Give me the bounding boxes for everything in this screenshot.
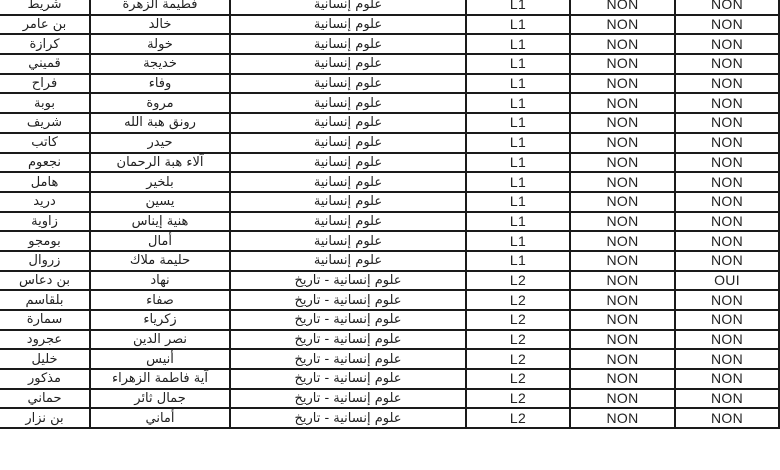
status-b-cell: NON	[675, 251, 779, 271]
student-table: شريط فطيمة الزهرة علوم إنسانية L1 NON NO…	[0, 0, 780, 429]
first-name-cell: آلاء هبة الرحمان	[90, 153, 230, 173]
last-name-cell: شريط	[0, 0, 90, 15]
level-cell: L2	[466, 389, 570, 409]
status-b-cell: NON	[675, 172, 779, 192]
specialty-cell: علوم إنسانية - تاريخ	[230, 330, 466, 350]
status-b-cell: OUI	[675, 271, 779, 291]
status-b-cell: NON	[675, 231, 779, 251]
status-b-cell: NON	[675, 389, 779, 409]
level-cell: L2	[466, 290, 570, 310]
status-a-cell: NON	[570, 15, 675, 35]
level-cell: L2	[466, 369, 570, 389]
specialty-cell: علوم إنسانية	[230, 113, 466, 133]
status-a-cell: NON	[570, 133, 675, 153]
first-name-cell: خالد	[90, 15, 230, 35]
status-a-cell: NON	[570, 192, 675, 212]
first-name-cell: مروة	[90, 93, 230, 113]
level-cell: L1	[466, 34, 570, 54]
last-name-cell: دريد	[0, 192, 90, 212]
first-name-cell: جمال ثائر	[90, 389, 230, 409]
status-a-cell: NON	[570, 389, 675, 409]
table-row: زروال حليمة ملاك علوم إنسانية L1 NON NON	[0, 251, 779, 271]
first-name-cell: خولة	[90, 34, 230, 54]
first-name-cell: صفاء	[90, 290, 230, 310]
last-name-cell: بن دعاس	[0, 271, 90, 291]
table-row: مذكور آية فاطمة الزهراء علوم إنسانية - ت…	[0, 369, 779, 389]
specialty-cell: علوم إنسانية - تاريخ	[230, 349, 466, 369]
table-row: فراح وفاء علوم إنسانية L1 NON NON	[0, 74, 779, 94]
status-a-cell: NON	[570, 310, 675, 330]
status-a-cell: NON	[570, 330, 675, 350]
specialty-cell: علوم إنسانية - تاريخ	[230, 389, 466, 409]
status-a-cell: NON	[570, 271, 675, 291]
last-name-cell: سمارة	[0, 310, 90, 330]
specialty-cell: علوم إنسانية - تاريخ	[230, 369, 466, 389]
specialty-cell: علوم إنسانية - تاريخ	[230, 408, 466, 428]
level-cell: L1	[466, 212, 570, 232]
table-row: بوبة مروة علوم إنسانية L1 NON NON	[0, 93, 779, 113]
status-a-cell: NON	[570, 290, 675, 310]
last-name-cell: بلقاسم	[0, 290, 90, 310]
status-a-cell: NON	[570, 172, 675, 192]
first-name-cell: أنيس	[90, 349, 230, 369]
specialty-cell: علوم إنسانية	[230, 0, 466, 15]
last-name-cell: مذكور	[0, 369, 90, 389]
specialty-cell: علوم إنسانية	[230, 212, 466, 232]
level-cell: L1	[466, 74, 570, 94]
table-row: كرازة خولة علوم إنسانية L1 NON NON	[0, 34, 779, 54]
status-a-cell: NON	[570, 349, 675, 369]
status-a-cell: NON	[570, 153, 675, 173]
document-viewport: شريط فطيمة الزهرة علوم إنسانية L1 NON NO…	[0, 0, 780, 470]
status-b-cell: NON	[675, 212, 779, 232]
level-cell: L1	[466, 172, 570, 192]
status-b-cell: NON	[675, 133, 779, 153]
level-cell: L1	[466, 251, 570, 271]
first-name-cell: هنية إيناس	[90, 212, 230, 232]
last-name-cell: بوبة	[0, 93, 90, 113]
table-row: بلقاسم صفاء علوم إنسانية - تاريخ L2 NON …	[0, 290, 779, 310]
last-name-cell: بن عامر	[0, 15, 90, 35]
status-a-cell: NON	[570, 251, 675, 271]
status-b-cell: NON	[675, 290, 779, 310]
level-cell: L1	[466, 15, 570, 35]
first-name-cell: وفاء	[90, 74, 230, 94]
last-name-cell: نجعوم	[0, 153, 90, 173]
specialty-cell: علوم إنسانية	[230, 231, 466, 251]
specialty-cell: علوم إنسانية	[230, 172, 466, 192]
status-a-cell: NON	[570, 231, 675, 251]
status-b-cell: NON	[675, 54, 779, 74]
first-name-cell: حليمة ملاك	[90, 251, 230, 271]
first-name-cell: زكرياء	[90, 310, 230, 330]
table-row: بن عامر خالد علوم إنسانية L1 NON NON	[0, 15, 779, 35]
specialty-cell: علوم إنسانية	[230, 93, 466, 113]
table-row: خليل أنيس علوم إنسانية - تاريخ L2 NON NO…	[0, 349, 779, 369]
last-name-cell: قميني	[0, 54, 90, 74]
level-cell: L1	[466, 54, 570, 74]
level-cell: L1	[466, 192, 570, 212]
specialty-cell: علوم إنسانية	[230, 251, 466, 271]
status-b-cell: NON	[675, 408, 779, 428]
status-b-cell: NON	[675, 93, 779, 113]
specialty-cell: علوم إنسانية	[230, 34, 466, 54]
first-name-cell: أمال	[90, 231, 230, 251]
table-row: سمارة زكرياء علوم إنسانية - تاريخ L2 NON…	[0, 310, 779, 330]
last-name-cell: بومجو	[0, 231, 90, 251]
specialty-cell: علوم إنسانية	[230, 153, 466, 173]
status-a-cell: NON	[570, 212, 675, 232]
status-b-cell: NON	[675, 113, 779, 133]
last-name-cell: كرازة	[0, 34, 90, 54]
status-a-cell: NON	[570, 0, 675, 15]
table-row: بومجو أمال علوم إنسانية L1 NON NON	[0, 231, 779, 251]
level-cell: L2	[466, 330, 570, 350]
level-cell: L2	[466, 310, 570, 330]
status-b-cell: NON	[675, 0, 779, 15]
status-b-cell: NON	[675, 330, 779, 350]
level-cell: L1	[466, 133, 570, 153]
level-cell: L2	[466, 408, 570, 428]
last-name-cell: زاوية	[0, 212, 90, 232]
table-row: قميني خديجة علوم إنسانية L1 NON NON	[0, 54, 779, 74]
first-name-cell: رونق هبة الله	[90, 113, 230, 133]
status-a-cell: NON	[570, 93, 675, 113]
last-name-cell: فراح	[0, 74, 90, 94]
status-a-cell: NON	[570, 74, 675, 94]
last-name-cell: هامل	[0, 172, 90, 192]
first-name-cell: حيدر	[90, 133, 230, 153]
status-a-cell: NON	[570, 113, 675, 133]
first-name-cell: فطيمة الزهرة	[90, 0, 230, 15]
table-row: هامل بلخير علوم إنسانية L1 NON NON	[0, 172, 779, 192]
table-body: شريط فطيمة الزهرة علوم إنسانية L1 NON NO…	[0, 0, 779, 428]
status-b-cell: NON	[675, 349, 779, 369]
specialty-cell: علوم إنسانية - تاريخ	[230, 271, 466, 291]
table-row: شريط فطيمة الزهرة علوم إنسانية L1 NON NO…	[0, 0, 779, 15]
last-name-cell: بن نزار	[0, 408, 90, 428]
table-row: نجعوم آلاء هبة الرحمان علوم إنسانية L1 N…	[0, 153, 779, 173]
specialty-cell: علوم إنسانية	[230, 74, 466, 94]
specialty-cell: علوم إنسانية	[230, 133, 466, 153]
table-row: زاوية هنية إيناس علوم إنسانية L1 NON NON	[0, 212, 779, 232]
table-row: عجرود نصر الدين علوم إنسانية - تاريخ L2 …	[0, 330, 779, 350]
table-row: بن دعاس نهاد علوم إنسانية - تاريخ L2 NON…	[0, 271, 779, 291]
level-cell: L1	[466, 113, 570, 133]
first-name-cell: نصر الدين	[90, 330, 230, 350]
table-row: دريد يسين علوم إنسانية L1 NON NON	[0, 192, 779, 212]
last-name-cell: شريف	[0, 113, 90, 133]
last-name-cell: عجرود	[0, 330, 90, 350]
level-cell: L1	[466, 0, 570, 15]
specialty-cell: علوم إنسانية - تاريخ	[230, 310, 466, 330]
table-row: كاتب حيدر علوم إنسانية L1 NON NON	[0, 133, 779, 153]
last-name-cell: كاتب	[0, 133, 90, 153]
last-name-cell: خليل	[0, 349, 90, 369]
level-cell: L1	[466, 93, 570, 113]
last-name-cell: زروال	[0, 251, 90, 271]
first-name-cell: بلخير	[90, 172, 230, 192]
specialty-cell: علوم إنسانية	[230, 54, 466, 74]
status-b-cell: NON	[675, 153, 779, 173]
status-b-cell: NON	[675, 15, 779, 35]
level-cell: L1	[466, 153, 570, 173]
status-b-cell: NON	[675, 369, 779, 389]
status-b-cell: NON	[675, 192, 779, 212]
status-a-cell: NON	[570, 34, 675, 54]
table-row: شريف رونق هبة الله علوم إنسانية L1 NON N…	[0, 113, 779, 133]
first-name-cell: آية فاطمة الزهراء	[90, 369, 230, 389]
status-a-cell: NON	[570, 369, 675, 389]
level-cell: L2	[466, 349, 570, 369]
specialty-cell: علوم إنسانية - تاريخ	[230, 290, 466, 310]
first-name-cell: يسين	[90, 192, 230, 212]
specialty-cell: علوم إنسانية	[230, 192, 466, 212]
first-name-cell: نهاد	[90, 271, 230, 291]
level-cell: L1	[466, 231, 570, 251]
status-b-cell: NON	[675, 74, 779, 94]
status-a-cell: NON	[570, 408, 675, 428]
first-name-cell: أماني	[90, 408, 230, 428]
last-name-cell: حماني	[0, 389, 90, 409]
table-row: بن نزار أماني علوم إنسانية - تاريخ L2 NO…	[0, 408, 779, 428]
status-a-cell: NON	[570, 54, 675, 74]
status-b-cell: NON	[675, 310, 779, 330]
first-name-cell: خديجة	[90, 54, 230, 74]
table-row: حماني جمال ثائر علوم إنسانية - تاريخ L2 …	[0, 389, 779, 409]
specialty-cell: علوم إنسانية	[230, 15, 466, 35]
level-cell: L2	[466, 271, 570, 291]
status-b-cell: NON	[675, 34, 779, 54]
